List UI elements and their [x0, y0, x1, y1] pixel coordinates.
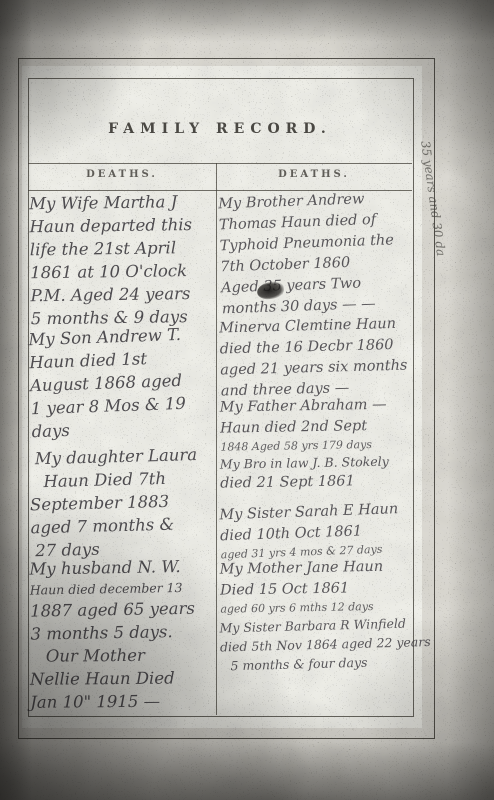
scanned-family-record-page: FAMILY RECORD. DEATHS. DEATHS. My Wife M… [0, 0, 494, 800]
death-record: My Sister Barbara R Winfield died 5th No… [219, 613, 412, 675]
page-title: FAMILY RECORD. [28, 121, 412, 137]
death-record: My Wife Martha J Haun departed this life… [29, 190, 217, 331]
deaths-header-right: DEATHS. [216, 169, 412, 180]
record-line: My daughter Laura [35, 443, 216, 471]
record-line: 3 months 5 days. [30, 619, 216, 645]
record-line: My husband N. W. [29, 554, 215, 580]
record-line: My Father Abraham — [220, 394, 412, 418]
header-top-rule [28, 163, 412, 164]
death-record: My husband N. W. Haun died december 13 1… [29, 554, 217, 645]
record-line: died 21 Sept 1861 [220, 470, 412, 494]
record-line: 1887 aged 65 years [30, 596, 216, 622]
record-line: Haun departed this [29, 213, 215, 239]
record-line: P.M. Aged 24 years [30, 282, 216, 308]
death-record: My Father Abraham — Haun died 2nd Sept 1… [220, 394, 413, 454]
record-line: 1861 at 10 O'clock [30, 259, 216, 285]
death-record: My daughter Laura Haun Died 7th Septembe… [29, 443, 218, 563]
death-record: My Brother Andrew Thomas Haun died of Ty… [218, 188, 414, 321]
record-line: My Bro in law J. B. Stokely [220, 451, 412, 473]
record-line: My Mother Jane Haun [220, 556, 412, 580]
record-line: Our Mother [46, 643, 216, 667]
death-record: My Son Andrew T. Haun died 1st August 18… [28, 322, 218, 443]
record-line: My Wife Martha J [29, 190, 215, 216]
death-record: My Bro in law J. B. Stokely died 21 Sept… [220, 451, 413, 494]
deaths-header-left: DEATHS. [28, 169, 216, 180]
death-record: Minerva Clemtine Haun died the 16 Decbr … [219, 314, 413, 403]
death-record: My Sister Sarah E Haun died 10th Oct 186… [219, 499, 413, 563]
death-record: Our Mother Nellie Haun Died Jan 10" 1915… [30, 643, 217, 714]
record-line: life the 21st April [30, 236, 216, 262]
death-record: My Mother Jane Haun Died 15 Oct 1861 age… [220, 556, 413, 616]
record-line: Nellie Haun Died [30, 666, 216, 691]
record-line: Jan 10" 1915 — [30, 689, 216, 714]
